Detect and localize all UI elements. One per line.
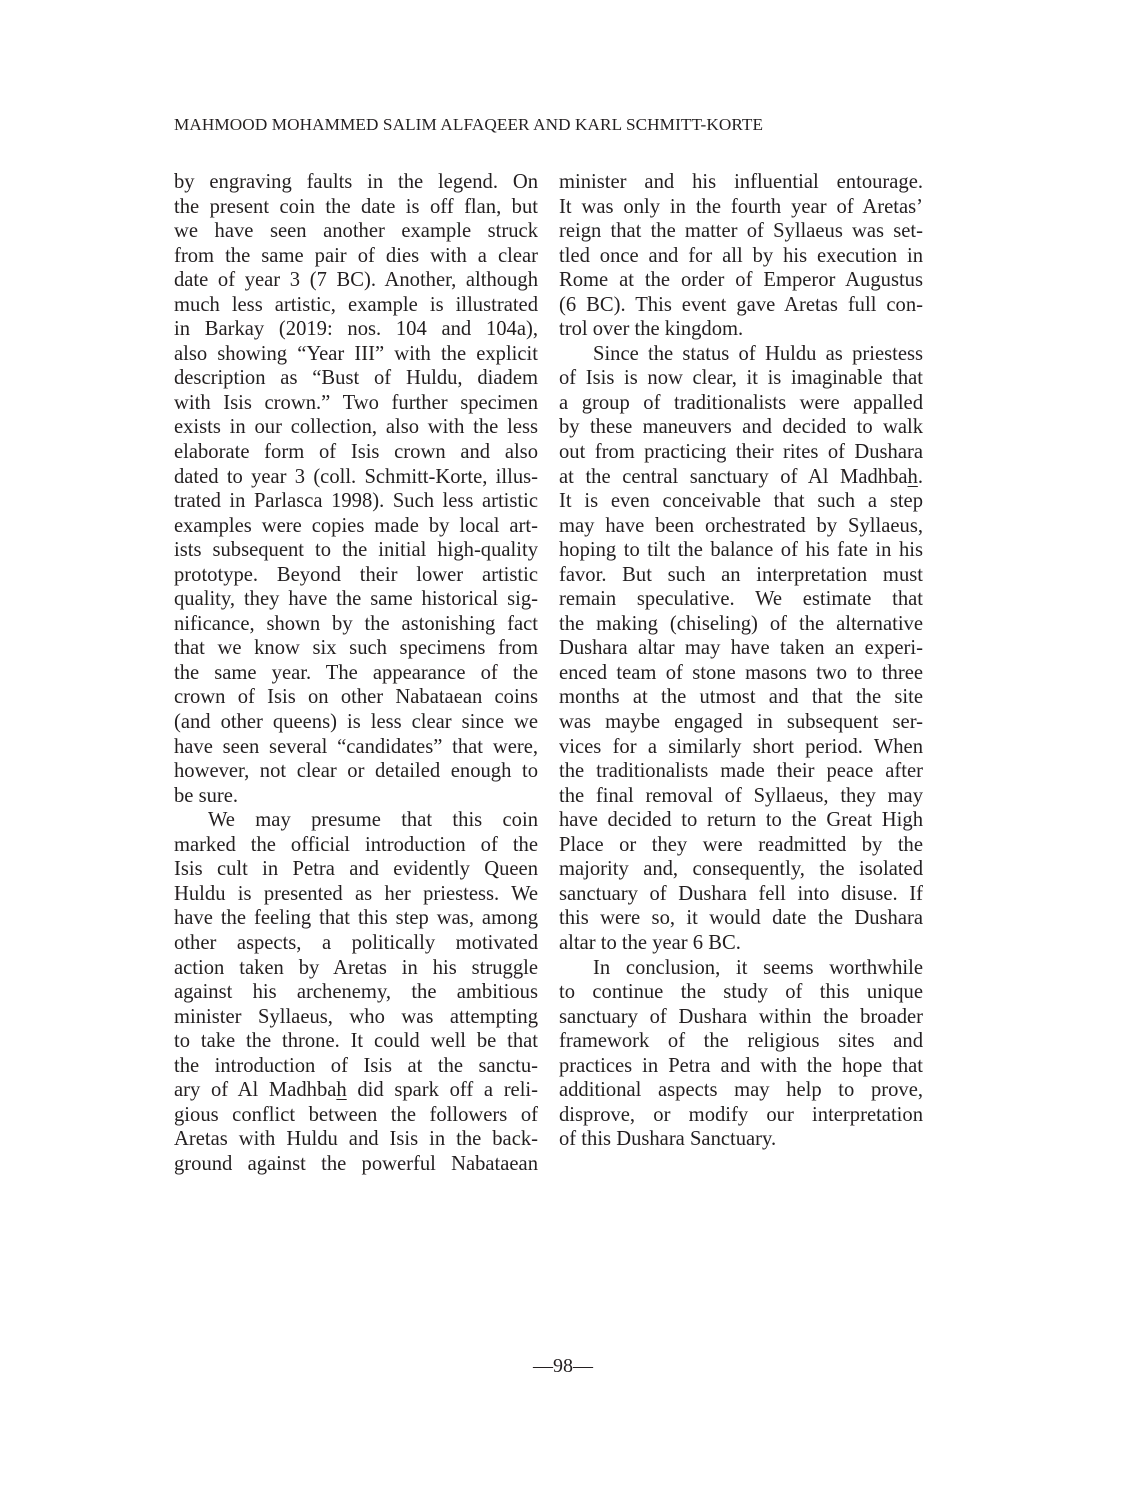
text-line: (6 BC). This event gave Aretas full con- <box>559 293 923 318</box>
underlined-letter: h <box>908 466 918 488</box>
text-line: ists subsequent to the initial high-qual… <box>174 538 538 563</box>
page-number: —98— <box>0 1354 1126 1378</box>
text-line: Dushara altar may have taken an experi- <box>559 636 923 661</box>
text-line: a group of traditionalists were appalled <box>559 391 923 416</box>
text-line: of this Dushara Sanctuary. <box>559 1127 923 1152</box>
text-line: vices for a similarly short period. When <box>559 735 923 760</box>
text-line: additional aspects may help to prove, <box>559 1078 923 1103</box>
text-line: exists in our collection, also with the … <box>174 415 538 440</box>
text-line: remain speculative. We estimate that <box>559 587 923 612</box>
text-line: have seen several “candidates” that were… <box>174 735 538 760</box>
text-line: disprove, or modify our interpretation <box>559 1103 923 1128</box>
text-line: minister and his influential entourage. <box>559 170 923 195</box>
text-line: marked the official introduction of the <box>174 833 538 858</box>
text-line: Rome at the order of Emperor Augustus <box>559 268 923 293</box>
text-line: sanctuary of Dushara fell into disuse. I… <box>559 882 923 907</box>
text-line: Isis cult in Petra and evidently Queen <box>174 857 538 882</box>
text-line: have decided to return to the Great High <box>559 808 923 833</box>
text-line: action taken by Aretas in his struggle <box>174 956 538 981</box>
text-line: description as “Bust of Huldu, diadem <box>174 366 538 391</box>
text-line: favor. But such an interpretation must <box>559 563 923 588</box>
running-head-authors: MAHMOOD MOHAMMED SALIM ALFAQEER AND KARL… <box>174 114 874 136</box>
text-line: the making (chiseling) of the alternativ… <box>559 612 923 637</box>
text-line: sanctuary of Dushara within the broader <box>559 1005 923 1030</box>
text-line: framework of the religious sites and <box>559 1029 923 1054</box>
text-line: tled once and for all by his execution i… <box>559 244 923 269</box>
text-line: the traditionalists made their peace aft… <box>559 759 923 784</box>
text-line: crown of Isis on other Nabataean coins <box>174 685 538 710</box>
text-line: dated to year 3 (coll. Schmitt-Korte, il… <box>174 465 538 490</box>
text-line: we have seen another example struck <box>174 219 538 244</box>
text-line: nificance, shown by the astonishing fact <box>174 612 538 637</box>
paragraph-first-line: We may presume that this coin <box>174 808 538 833</box>
text-column-right: minister and his influential entourage. … <box>559 170 923 1152</box>
paragraph-first-line: Since the status of Huldu as priestess <box>559 342 923 367</box>
text-line: however, not clear or detailed enough to <box>174 759 538 784</box>
text-line: Place or they were readmitted by the <box>559 833 923 858</box>
text-line: Aretas with Huldu and Isis in the back- <box>174 1127 538 1152</box>
text-line: was maybe engaged in subsequent ser- <box>559 710 923 735</box>
text-line: majority and, consequently, the isolated <box>559 857 923 882</box>
text-line: It is even conceivable that such a step <box>559 489 923 514</box>
text-line: out from practicing their rites of Dusha… <box>559 440 923 465</box>
text-line: minister Syllaeus, who was attempting <box>174 1005 538 1030</box>
text-line: by these maneuvers and decided to walk <box>559 415 923 440</box>
text-line: altar to the year 6 BC. <box>559 931 923 956</box>
text-line: may have been orchestrated by Syllaeus, <box>559 514 923 539</box>
text-line: gious conflict between the followers of <box>174 1103 538 1128</box>
text-line: months at the utmost and that the site <box>559 685 923 710</box>
text-line: to continue the study of this unique <box>559 980 923 1005</box>
underlined-letter: h <box>336 1079 346 1101</box>
text-line: by engraving faults in the legend. On <box>174 170 538 195</box>
text-segment: ary of Al Madhba <box>174 1079 336 1101</box>
paragraph-first-line: In conclusion, it seems worthwhile <box>559 956 923 981</box>
text-line: reign that the matter of Syllaeus was se… <box>559 219 923 244</box>
text-line: examples were copies made by local art- <box>174 514 538 539</box>
text-line: that we know six such specimens from <box>174 636 538 661</box>
text-line: (and other queens) is less clear since w… <box>174 710 538 735</box>
text-line: Huldu is presented as her priestess. We <box>174 882 538 907</box>
text-line: against his archenemy, the ambitious <box>174 980 538 1005</box>
text-line: from the same pair of dies with a clear <box>174 244 538 269</box>
text-line: this were so, it would date the Dushara <box>559 906 923 931</box>
text-line: trol over the kingdom. <box>559 317 923 342</box>
text-segment: at the central sanctuary of Al Madhba <box>559 466 908 488</box>
text-line: elaborate form of Isis crown and also <box>174 440 538 465</box>
text-line: trated in Parlasca 1998). Such less arti… <box>174 489 538 514</box>
text-line: other aspects, a politically motivated <box>174 931 538 956</box>
text-line: It was only in the fourth year of Aretas… <box>559 195 923 220</box>
text-line: be sure. <box>174 784 538 809</box>
text-column-left: by engraving faults in the legend. On th… <box>174 170 538 1176</box>
text-line: hoping to tilt the balance of his fate i… <box>559 538 923 563</box>
text-line: much less artistic, example is illustrat… <box>174 293 538 318</box>
text-line: the same year. The appearance of the <box>174 661 538 686</box>
text-line: ground against the powerful Nabataean <box>174 1152 538 1177</box>
text-line: practices in Petra and with the hope tha… <box>559 1054 923 1079</box>
text-line: the introduction of Isis at the sanctu- <box>174 1054 538 1079</box>
text-line: to take the throne. It could well be tha… <box>174 1029 538 1054</box>
text-line: have the feeling that this step was, amo… <box>174 906 538 931</box>
text-line: the final removal of Syllaeus, they may <box>559 784 923 809</box>
text-line-with-underline: ary of Al Madhbah did spark off a reli- <box>174 1078 538 1103</box>
text-line-with-underline: at the central sanctuary of Al Madhbah. <box>559 465 923 490</box>
text-line: also showing “Year III” with the explici… <box>174 342 538 367</box>
text-line: in Barkay (2019: nos. 104 and 104a), <box>174 317 538 342</box>
text-segment: . <box>918 466 923 488</box>
text-line: of Isis is now clear, it is imaginable t… <box>559 366 923 391</box>
text-segment: did spark off a reli- <box>347 1079 538 1101</box>
text-line: quality, they have the same historical s… <box>174 587 538 612</box>
text-line: with Isis crown.” Two further specimen <box>174 391 538 416</box>
text-line: the present coin the date is off flan, b… <box>174 195 538 220</box>
text-line: enced team of stone masons two to three <box>559 661 923 686</box>
text-line: prototype. Beyond their lower artistic <box>174 563 538 588</box>
text-line: date of year 3 (7 BC). Another, although <box>174 268 538 293</box>
